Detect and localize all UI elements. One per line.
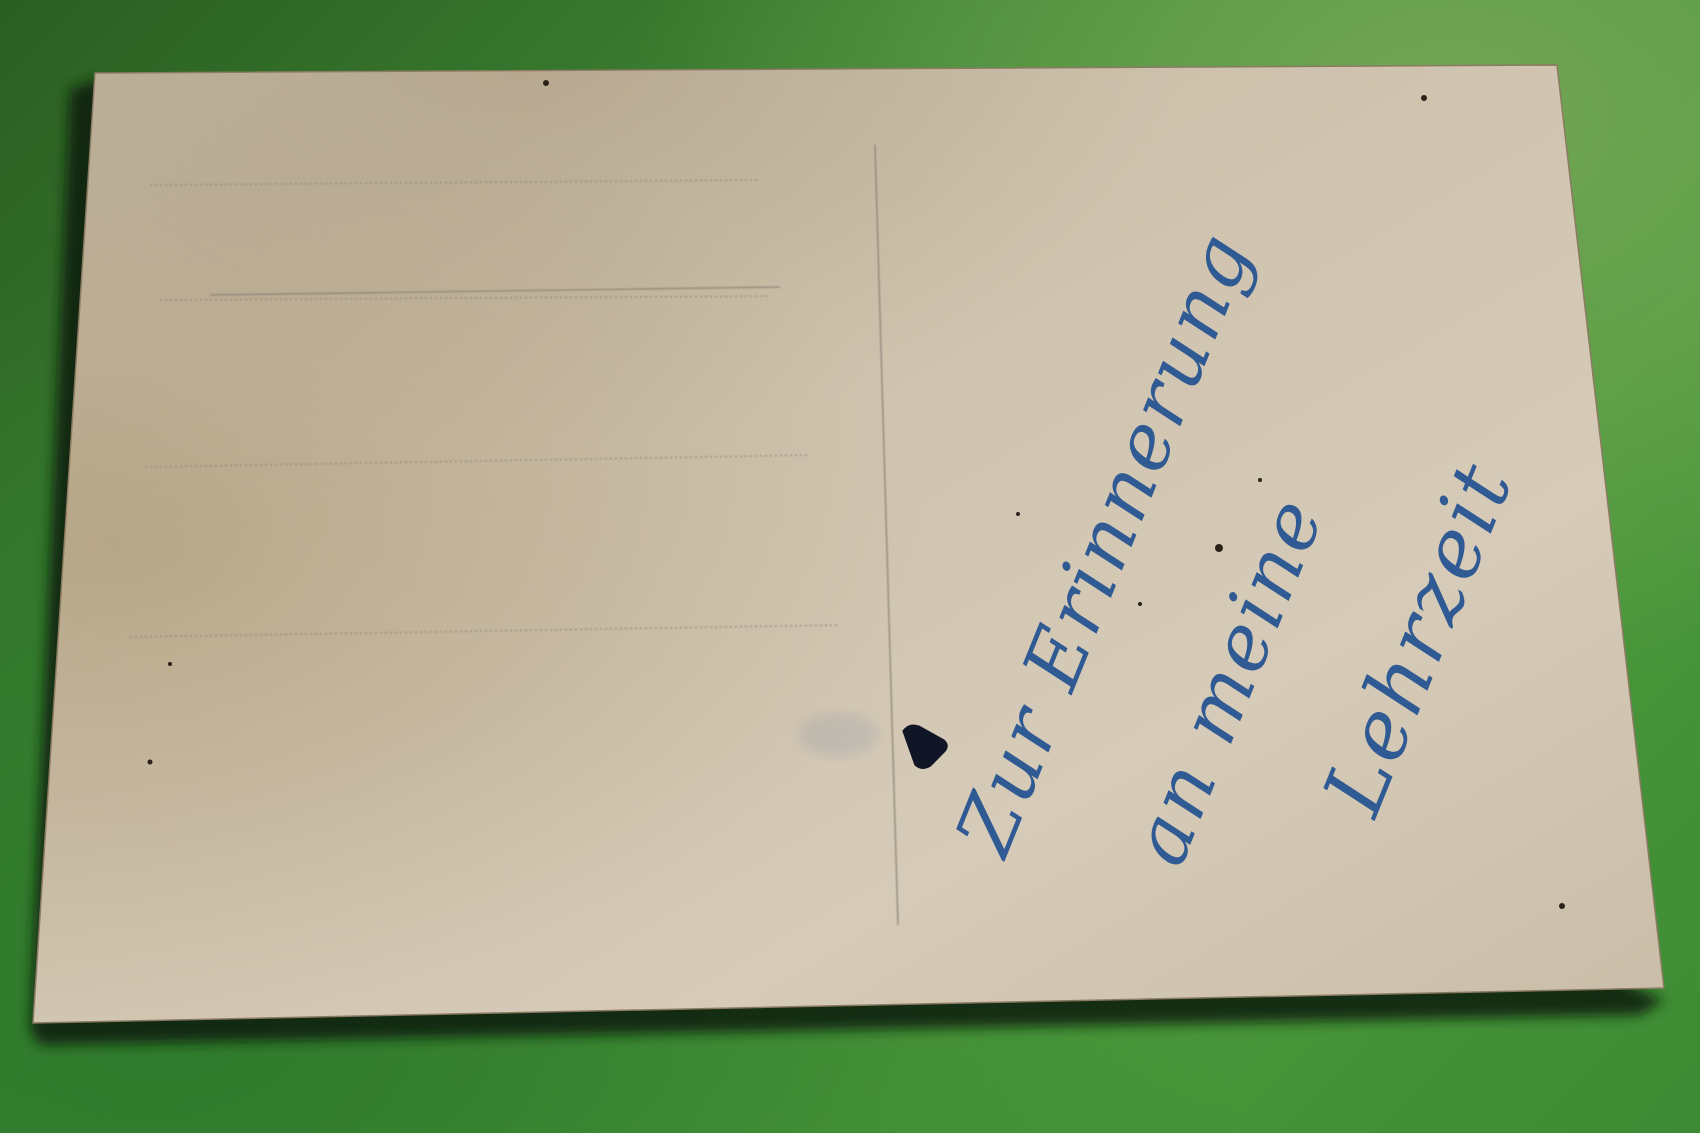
photo-scene: Zur Erinnerung an meine Lehrzeit	[0, 0, 1700, 1133]
postcard-photo: Zur Erinnerung an meine Lehrzeit	[0, 0, 1700, 1133]
